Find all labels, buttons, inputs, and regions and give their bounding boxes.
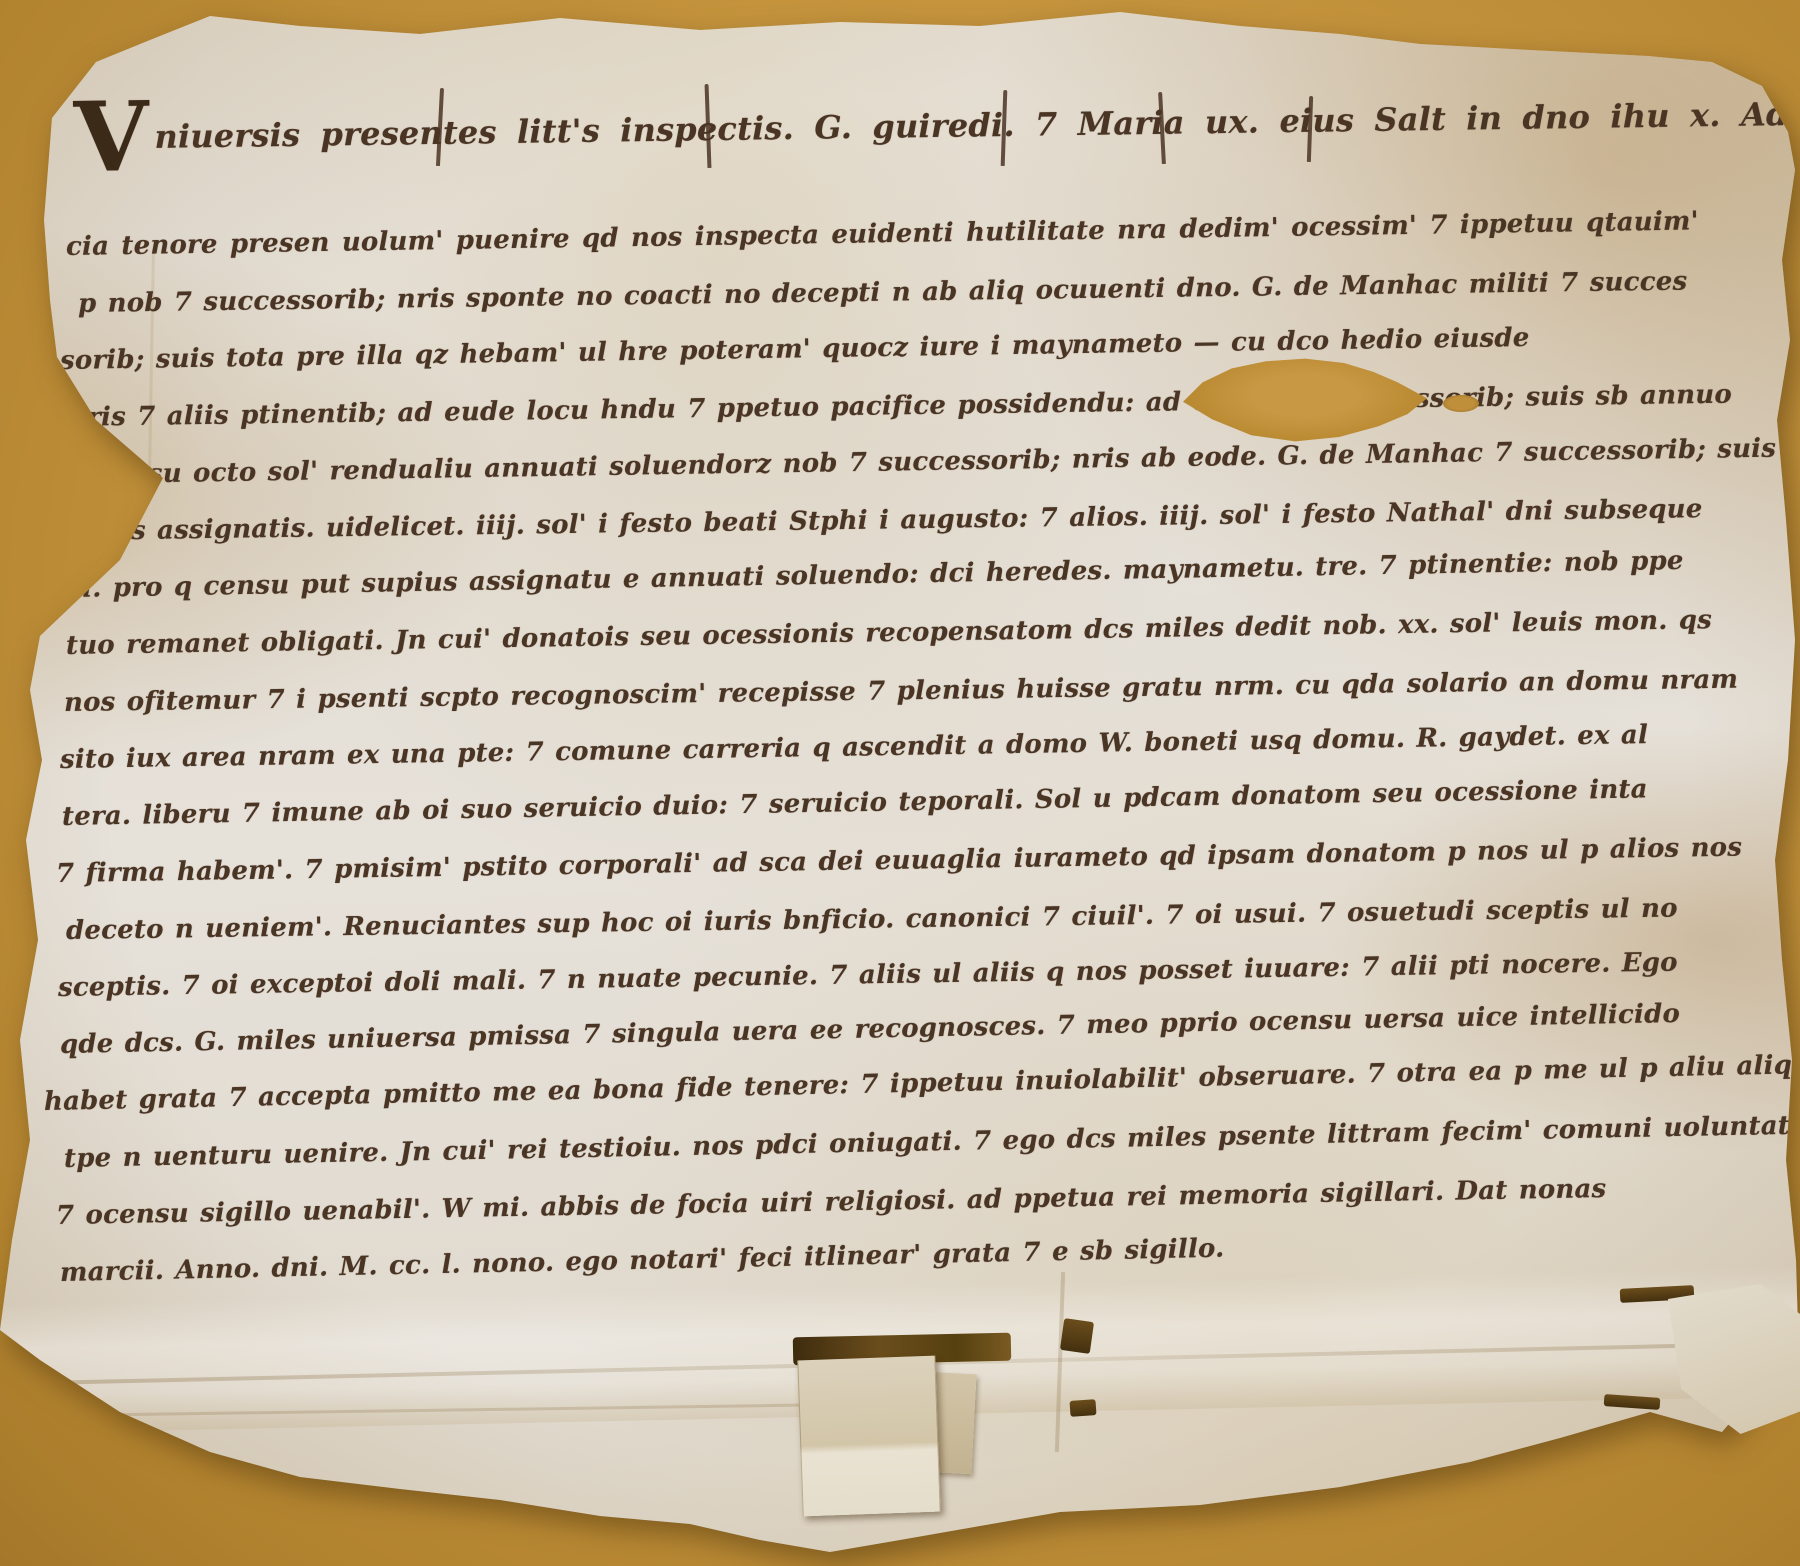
text-line: 7 firma habem'. 7 pmisim' pstito corpora… (56, 833, 1743, 889)
text-line: minis assignatis. uidelicet. iiij. sol' … (64, 494, 1703, 547)
text-line: Vniuersis presentes litt's inspectis. G.… (74, 90, 1800, 158)
charter-text: Vniuersis presentes litt's inspectis. G.… (0, 0, 1800, 1566)
plica-slit (51, 1421, 112, 1443)
text-line: ti. pro q censu put supius assignatu e a… (70, 546, 1684, 604)
text-line: p nob 7 successorib; nris sponte no coac… (78, 267, 1688, 319)
text-line: nos ofitemur 7 i psenti scpto recognosci… (64, 665, 1739, 718)
illuminated-initial: V (73, 80, 149, 194)
text-line: deceto n ueniem'. Renuciantes sup hoc oi… (66, 893, 1678, 946)
text-line: marcii. Anno. dni. M. cc. l. nono. ego n… (60, 1234, 1225, 1288)
text-line: tera. liberu 7 imune ab oi suo seruicio … (62, 774, 1648, 832)
text-line: sceptis. 7 oi exceptoi doli mali. 7 n nu… (58, 948, 1678, 1003)
parchment-wrap: Vniuersis presentes litt's inspectis. G.… (0, 0, 1800, 1566)
plica-slit (1060, 1318, 1094, 1354)
seal-tag (797, 1356, 940, 1517)
text-line: qde dcs. G. miles uniuersa pmissa 7 sing… (60, 999, 1681, 1060)
parchment-hole-small (1443, 395, 1479, 412)
photo-of-charter: Vniuersis presentes litt's inspectis. G.… (0, 0, 1800, 1566)
text-line: sito iux area nram ex una pte: 7 comune … (60, 720, 1649, 775)
text-line: tpe n uenturu uenire. Jn cui' rei testio… (64, 1111, 1800, 1174)
text-line: 7 ocensu sigillo uenabil'. W mi. abbis d… (56, 1174, 1607, 1231)
text-line: tuo remanet obligati. Jn cui' donatois s… (66, 605, 1712, 661)
text-line: censu octo sol' rendualiu annuati soluen… (96, 433, 1800, 490)
text-line: iuris 7 aliis ptinentib; ad eude locu hn… (58, 380, 1732, 433)
text-line: habet grata 7 accepta pmitto me ea bona … (44, 1050, 1800, 1117)
plica-slit (1069, 1399, 1096, 1417)
text-line: cia tenore presen uolum' puenire qd nos … (66, 206, 1699, 262)
parchment: Vniuersis presentes litt's inspectis. G.… (0, 0, 1800, 1566)
